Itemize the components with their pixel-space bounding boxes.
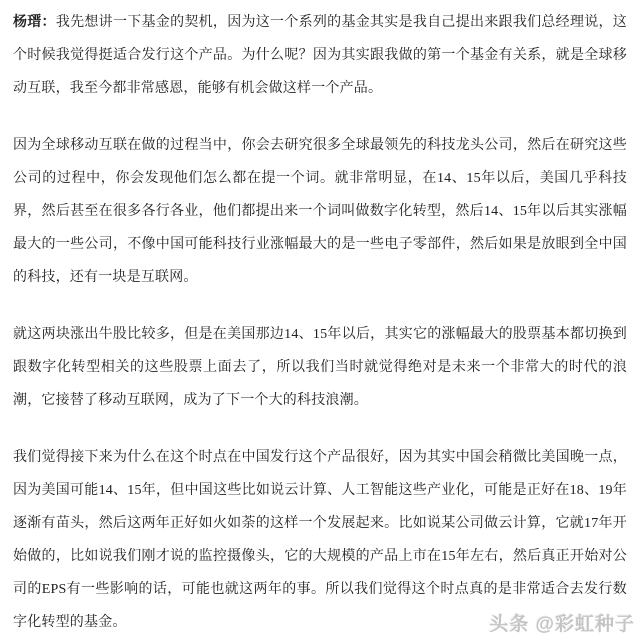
article-page: 杨瑨：我先想讲一下基金的契机，因为这一个系列的基金其实是我自己提出来跟我们总经理…: [0, 0, 640, 643]
paragraph: 因为全球移动互联在做的过程当中，你会去研究很多全球最领先的科技龙头公司，然后在研…: [13, 129, 627, 294]
paragraph: 杨瑨：我先想讲一下基金的契机，因为这一个系列的基金其实是我自己提出来跟我们总经理…: [13, 6, 627, 105]
paragraph: 我们觉得接下来为什么在这个时点在中国发行这个产品很好，因为其实中国会稍微比美国晚…: [13, 441, 627, 639]
toutiao-watermark: 头条 @彩虹种子: [489, 615, 635, 634]
speaker-name: 杨瑨：: [13, 15, 56, 30]
paragraph-text: 我先想讲一下基金的契机，因为这一个系列的基金其实是我自己提出来跟我们总经理说，这…: [13, 15, 627, 96]
paragraph: 就这两块涨出牛股比较多，但是在美国那边14、15年以后，其实它的涨幅最大的股票基…: [13, 318, 627, 417]
